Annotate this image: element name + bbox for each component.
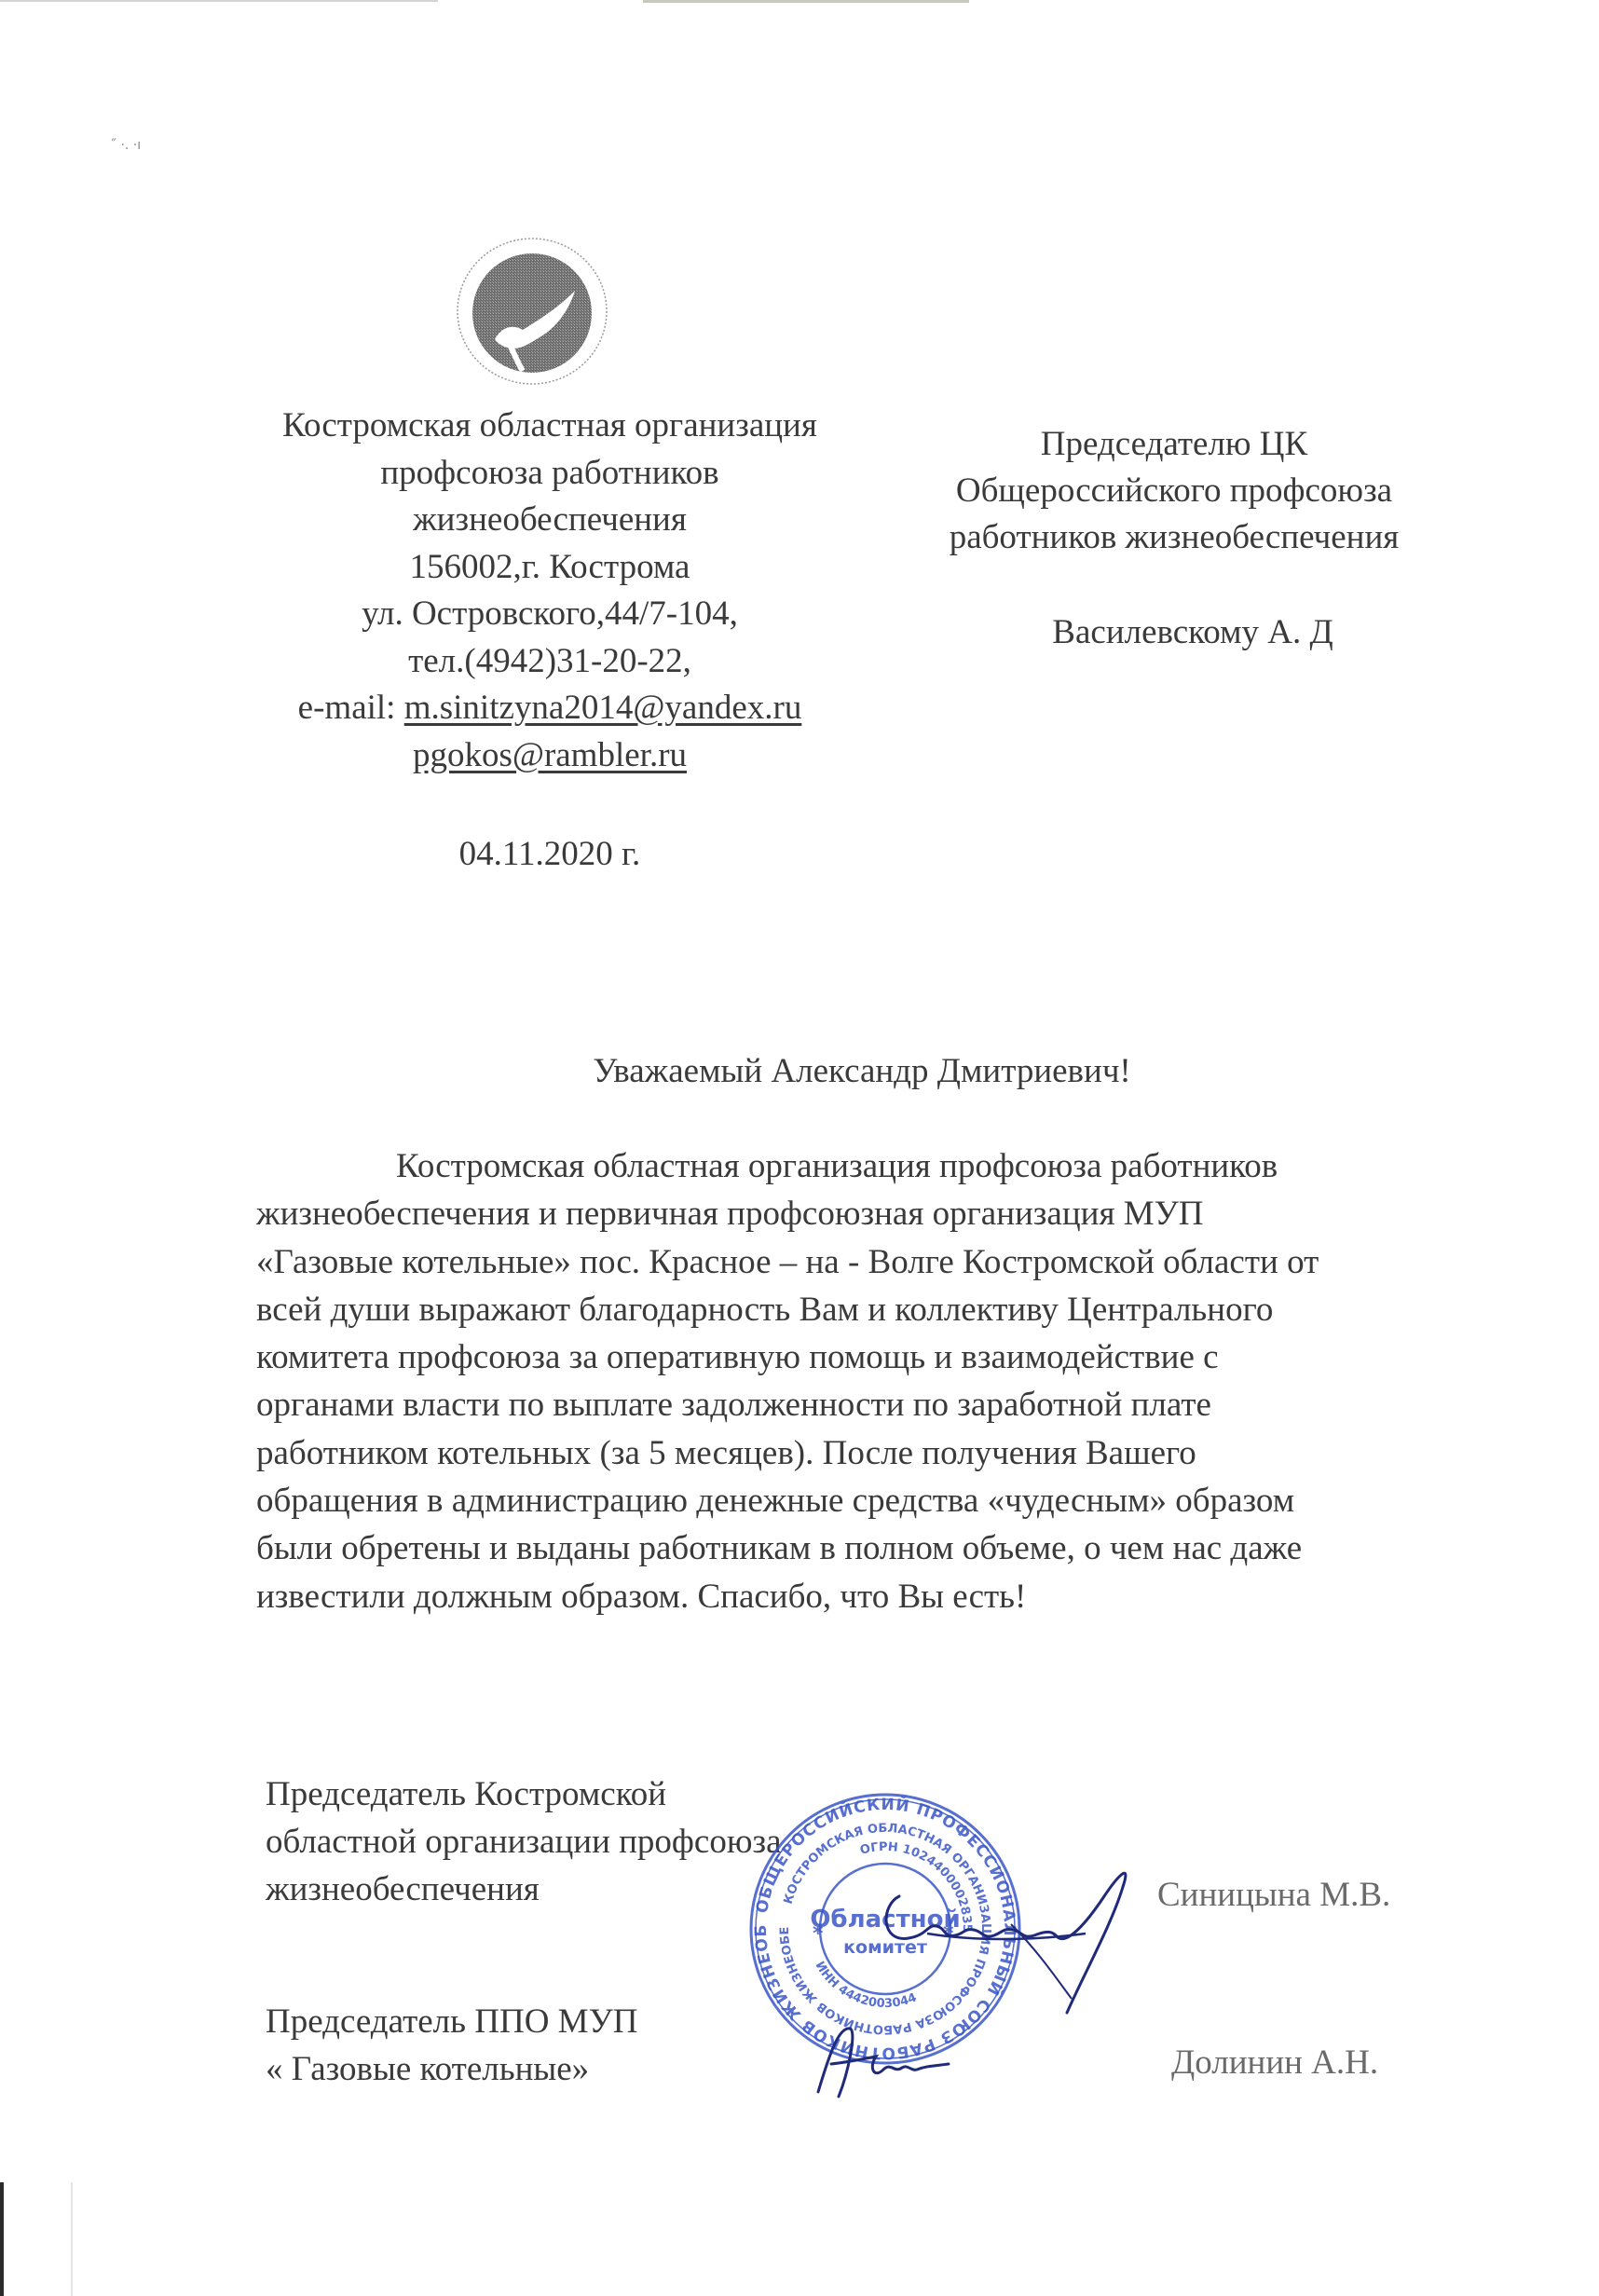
scan-edge-artifact — [0, 0, 438, 2]
email-link-2[interactable]: pgokos@rambler.ru — [413, 736, 687, 774]
letter-body: Костромская областная организация профсо… — [256, 1142, 1542, 1620]
recipient-title-line: работников жизнеобеспечения — [885, 514, 1463, 561]
salutation: Уважаемый Александр Дмитриевич! — [233, 1051, 1491, 1091]
body-line: жизнеобеспечения и первичная профсоюзная… — [256, 1190, 1542, 1237]
letter-date: 04.11.2020 г. — [214, 834, 885, 874]
body-line: известили должным образом. Спасибо, что … — [256, 1573, 1542, 1620]
body-line: были обретены и выданы работникам в полн… — [256, 1524, 1542, 1572]
signatory-2-name: Долинин А.Н. — [1171, 2043, 1378, 2083]
recipient-title-line: Общероссийского профсоюза — [885, 468, 1463, 514]
signatory-title-line: жизнеобеспечения — [266, 1865, 782, 1913]
sender-postal-line: 156002,г. Кострома — [214, 544, 885, 592]
sender-street-line: ул. Островского,44/7-104, — [214, 591, 885, 638]
sender-email-line: e-mail: m.sinitzyna2014@yandex.ru — [214, 685, 885, 732]
sender-org-line: профсоюза работников — [214, 450, 885, 498]
signatory-title-line: « Газовые котельные» — [266, 2045, 637, 2093]
body-line: Костромская областная организация профсо… — [256, 1142, 1542, 1190]
signatory-1-title: Председатель Костромской областной орган… — [266, 1770, 782, 1913]
sender-email-line-2: pgokos@rambler.ru — [214, 732, 885, 780]
svg-text:*: * — [813, 1922, 824, 1946]
dove-emblem-icon — [454, 235, 610, 388]
body-line: «Газовые котельные» пос. Красное – на - … — [256, 1238, 1542, 1286]
email-label: e-mail: — [298, 689, 404, 727]
sender-org-line: жизнеобеспечения — [214, 497, 885, 544]
scan-edge-artifact — [71, 2182, 73, 2296]
email-link-1[interactable]: m.sinitzyna2014@yandex.ru — [404, 689, 802, 727]
signature-1-icon — [871, 1850, 1141, 2017]
scan-speck: ˝ ·. ·ı — [110, 138, 141, 153]
recipient-title-line: Председателю ЦК — [885, 421, 1463, 468]
body-line: органами власти по выплате задолженности… — [256, 1381, 1542, 1428]
signatory-title-line: Председатель ППО МУП — [266, 1998, 637, 2045]
scan-edge-artifact — [643, 0, 969, 3]
body-line: всей души выражают благодарность Вам и к… — [256, 1286, 1542, 1333]
recipient-block: Председателю ЦК Общероссийского профсоюз… — [885, 421, 1463, 656]
body-line: работником котельных (за 5 месяцев). Пос… — [256, 1429, 1542, 1477]
signature-2-icon — [811, 2017, 950, 2101]
scan-edge-artifact — [0, 2182, 4, 2296]
recipient-name: Василевскому А. Д — [885, 609, 1463, 656]
body-line: обращения в администрацию денежные средс… — [256, 1477, 1542, 1524]
sender-block: Костромская областная организация профсо… — [214, 403, 885, 779]
sender-org-line: Костромская областная организация — [214, 403, 885, 450]
sender-phone-line: тел.(4942)31-20-22, — [214, 638, 885, 686]
body-line: комитета профсоюза за оперативную помощь… — [256, 1333, 1542, 1381]
signatory-2-title: Председатель ППО МУП « Газовые котельные… — [266, 1998, 637, 2093]
signatory-title-line: Председатель Костромской — [266, 1770, 782, 1818]
signatory-title-line: областной организации профсоюза — [266, 1818, 782, 1865]
signatory-1-name: Синицына М.В. — [1157, 1875, 1390, 1915]
